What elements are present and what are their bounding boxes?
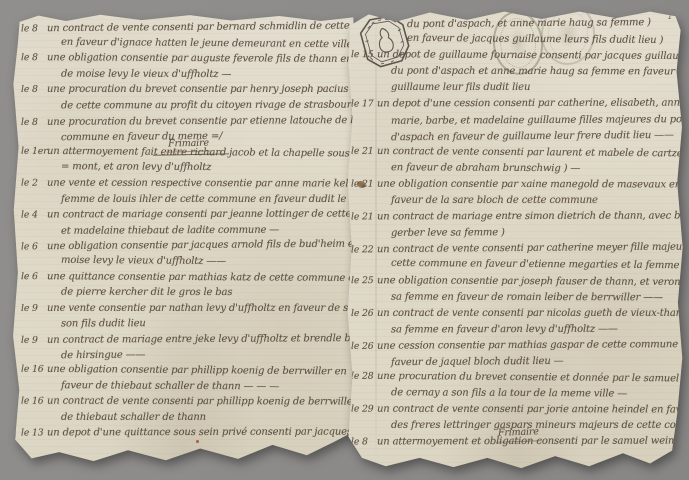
entry-text: une obligation consentie par xaine maneg… bbox=[377, 179, 681, 191]
interlinear-annotation: Frimaire bbox=[495, 426, 540, 443]
edge-smudge bbox=[11, 262, 16, 274]
manuscript-line: le 25une obligation consentie par joseph… bbox=[351, 274, 680, 292]
manuscript-line: le 21un contract de mariage entre simon … bbox=[351, 210, 680, 227]
entry-text: cette commune en faveur d'etienne megart… bbox=[391, 258, 684, 272]
manuscript-line: le 21une obligation consentie par xaine … bbox=[351, 177, 680, 194]
manuscript-line: le 26un contract de vente consenti par n… bbox=[351, 307, 680, 323]
entry-date-number: le 8 bbox=[21, 115, 47, 129]
manuscript-line: sa femme en faveur d'aron levy d'uffholt… bbox=[391, 322, 680, 339]
entry-text: de thiebaut schaller de thann bbox=[61, 412, 206, 423]
manuscript-line: le 8une obligation consentie par auguste… bbox=[21, 51, 351, 68]
entry-date-number: le 8 bbox=[351, 436, 377, 451]
entry-date-number: le 8 bbox=[21, 22, 47, 36]
right-page-text: du pont d'aspach, et anne marie haug sa … bbox=[345, 7, 684, 452]
interlinear-annotation: Frimaire bbox=[166, 136, 211, 152]
entry-date-number: le 21 bbox=[351, 211, 377, 226]
manuscript-line: de cernay a son fils a la tour de la mem… bbox=[391, 386, 680, 404]
manuscript-line: guillaume leur fils dudit lieu bbox=[391, 81, 680, 97]
manuscript-line: le 15un depot de guillaume fournaise con… bbox=[351, 48, 680, 66]
manuscript-line: du pont d'aspach et anne marie haug sa f… bbox=[391, 65, 680, 82]
manuscript-line: le 9une vente consentie par nathan levy … bbox=[21, 302, 351, 318]
entry-date-number: le 8 bbox=[21, 51, 47, 65]
manuscript-line: sa femme en faveur de romain leiber de b… bbox=[391, 290, 680, 307]
entry-date-number: le 2 bbox=[21, 176, 47, 190]
entry-text: une quittance consentie par mathias katz… bbox=[47, 271, 355, 284]
entry-text: sa femme en faveur d'aron levy d'uffholt… bbox=[391, 324, 618, 336]
entry-date-number: le 21 bbox=[351, 177, 377, 192]
entry-date-number: le 6 bbox=[21, 270, 47, 284]
manuscript-line: le 17un depot d'une cession consenti par… bbox=[351, 97, 680, 114]
entry-text: une procuration du brevet consentie et d… bbox=[377, 371, 684, 385]
manuscript-line: faveur de thiebaut schaller de thann — —… bbox=[61, 379, 351, 396]
entry-date-number: le 28 bbox=[351, 370, 377, 385]
entry-text: une procuration du brevet consentie par … bbox=[47, 114, 355, 127]
manuscript-line: de moise levy le vieux d'uffholtz — bbox=[61, 67, 351, 83]
entry-date-number: le 16 bbox=[21, 395, 47, 409]
entry-date-number: le 16 bbox=[21, 363, 47, 377]
entry-text: = mont, et aron levy d'uffholtz bbox=[61, 162, 211, 174]
left-page-text: le 8un contract de vente consenti par be… bbox=[11, 12, 355, 442]
manuscript-line: le 26une cession consentie par mathias g… bbox=[351, 338, 680, 356]
entry-text: du pont d'aspach et anne marie haug sa f… bbox=[391, 66, 684, 78]
entry-text: un depot de guillaume fournaise consenti… bbox=[377, 49, 684, 62]
entry-text: un contract de vente consenti par cather… bbox=[377, 242, 684, 256]
entry-text: guillaume leur fils dudit lieu bbox=[391, 82, 530, 93]
entry-date-number: le 21 bbox=[351, 144, 377, 159]
entry-text: faveur de jaquel bloch dudit lieu — bbox=[391, 356, 564, 368]
entry-text: faveur de thiebaut schaller de thann — —… bbox=[61, 380, 279, 392]
entry-text: une vente et cession respective consenti… bbox=[47, 178, 355, 190]
entry-date-number: le 4 bbox=[21, 209, 47, 223]
left-page-paper: le 8un contract de vente consenti par be… bbox=[11, 12, 355, 462]
entry-date-number: le 9 bbox=[21, 302, 47, 316]
right-page-paper: 1 du pont d'aspach, et anne marie haug s… bbox=[345, 7, 684, 469]
entry-text: femme de louis ihler de cette commune en… bbox=[61, 194, 355, 205]
entry-text: une obligation consentie par jacques arn… bbox=[47, 238, 355, 252]
entry-text: une obligation consentie par joseph faus… bbox=[377, 275, 684, 288]
entry-date-number: le 17 bbox=[351, 98, 377, 113]
entry-text: en faveur de abraham brunschwig ) — bbox=[391, 162, 580, 174]
manuscript-line: femme de louis ihler de cette commune en… bbox=[61, 193, 351, 209]
entry-date-number: le 9 bbox=[21, 334, 47, 348]
manuscript-line: le 8une procuration du brevet consentie … bbox=[21, 83, 351, 99]
manuscript-line: moise levy le vieux d'uffholtz —— bbox=[61, 254, 351, 272]
manuscript-line: d'aspach en faveur de guillaume leur fre… bbox=[391, 128, 680, 147]
right-page: 1 du pont d'aspach, et anne marie haug s… bbox=[345, 7, 684, 469]
entry-text: du pont d'aspach, et anne marie haug sa … bbox=[407, 17, 651, 30]
entry-text: un depot d'une quittance sous sein privé… bbox=[47, 427, 355, 439]
entry-text: un depot d'une cession consenti par cath… bbox=[377, 98, 684, 110]
manuscript-line: marie, barbe, et madelaine guillaume fil… bbox=[391, 113, 680, 131]
entry-text: un contract de mariage entre jeke levy d… bbox=[47, 333, 355, 346]
manuscript-line: en faveur de jacques guillaume leurs fil… bbox=[407, 32, 680, 50]
entry-text: son fils dudit lieu bbox=[61, 318, 146, 329]
entry-text: de cette commune au profit du citoyen ri… bbox=[61, 100, 355, 112]
entry-text: un contract de vente consenti par lauren… bbox=[377, 146, 684, 160]
entry-text: faveur de la sare bloch de cette commune bbox=[391, 195, 598, 206]
manuscript-line: faveur de la sare bloch de cette commune bbox=[391, 194, 680, 210]
entry-date-number: le 15 bbox=[351, 48, 377, 63]
entry-text: un contract de vente consenti par philli… bbox=[47, 396, 355, 408]
entry-text: en faveur de jacques guillaume leurs fil… bbox=[407, 33, 663, 46]
manuscript-line: en faveur de abraham brunschwig ) — bbox=[391, 161, 680, 179]
entry-text: un contract de vente consenti par jorie … bbox=[377, 404, 684, 416]
manuscript-line: le 16un contract de vente consenti par p… bbox=[21, 395, 351, 412]
entry-date-number: le 29 bbox=[351, 403, 377, 418]
entry-date-number: le 25 bbox=[351, 274, 377, 289]
entry-text: un contract de mariage entre simon dietr… bbox=[377, 211, 684, 223]
scanned-manuscript-spread: le 8un contract de vente consenti par be… bbox=[0, 0, 689, 480]
manuscript-line: de pierre kercher dit le gros le bas bbox=[61, 286, 351, 302]
entry-text: une obligation consentie par phillipp ko… bbox=[47, 364, 347, 378]
manuscript-line: = mont, et aron levy d'uffholtz bbox=[61, 161, 351, 178]
entry-text: d'aspach en faveur de guillaume leur fre… bbox=[391, 129, 674, 142]
manuscript-line: cette commune en faveur d'etienne megart… bbox=[391, 257, 680, 276]
entry-date-number: le 26 bbox=[351, 340, 377, 355]
entry-text: de cernay a son fils a la tour de la mem… bbox=[391, 387, 627, 399]
entry-date-number: le 1er bbox=[21, 144, 47, 158]
manuscript-line: le 8un attermoyement et obligation conse… bbox=[351, 435, 680, 452]
entry-text: une vente consentie par nathan levy d'uf… bbox=[47, 303, 355, 314]
entry-date-number: le 22 bbox=[351, 243, 377, 258]
manuscript-line: de cette commune au profit du citoyen ri… bbox=[61, 99, 351, 115]
entry-text: un contract de vente consenti par nicola… bbox=[377, 308, 684, 319]
entry-text: un contract de mariage consenti par jean… bbox=[47, 209, 355, 221]
entry-date-number: le 13 bbox=[21, 427, 47, 441]
entry-text: une cession consentie par mathias gaspar… bbox=[377, 339, 684, 352]
manuscript-line: le 13un depot d'une quittance sous sein … bbox=[21, 426, 351, 443]
entry-text: une obligation consentie par auguste fev… bbox=[47, 52, 355, 65]
entry-text: de hirsingue —— bbox=[61, 350, 145, 362]
manuscript-line: le 2une vente et cession respective cons… bbox=[21, 176, 351, 193]
entry-text: de pierre kercher dit le gros le bas bbox=[61, 287, 232, 298]
manuscript-line: le 29un contract de vente consenti par j… bbox=[351, 403, 680, 420]
entry-text: marie, barbe, et madelaine guillaume fil… bbox=[391, 114, 684, 127]
entry-date-number: le 26 bbox=[351, 307, 377, 322]
entry-date-number: le 6 bbox=[21, 240, 47, 254]
manuscript-line: le 6une quittance consentie par mathias … bbox=[21, 270, 351, 287]
entry-text: gerber leve sa femme ) bbox=[391, 227, 505, 239]
entry-text: et madelaine thiebaut de ladite commune … bbox=[61, 224, 279, 236]
entry-text: moise levy le vieux d'uffholtz —— bbox=[61, 255, 226, 267]
entry-text: une procuration du brevet consentie par … bbox=[47, 84, 355, 95]
entry-date-number: le 8 bbox=[21, 83, 47, 97]
manuscript-line: son fils dudit lieu bbox=[61, 317, 351, 333]
manuscript-line: de thiebaut schaller de thann bbox=[61, 411, 351, 427]
entry-text: en faveur d'ignace hatten le jeune demeu… bbox=[61, 36, 352, 49]
entry-text: un contract de vente consenti par bernar… bbox=[47, 20, 355, 34]
entry-text: sa femme en faveur de romain leiber de b… bbox=[391, 291, 663, 303]
manuscript-line: le 4un contract de mariage consenti par … bbox=[21, 208, 351, 225]
edge-smudge bbox=[11, 430, 16, 439]
left-page: le 8un contract de vente consenti par be… bbox=[11, 12, 355, 462]
entry-text: de moise levy le vieux d'uffholtz — bbox=[61, 68, 231, 79]
